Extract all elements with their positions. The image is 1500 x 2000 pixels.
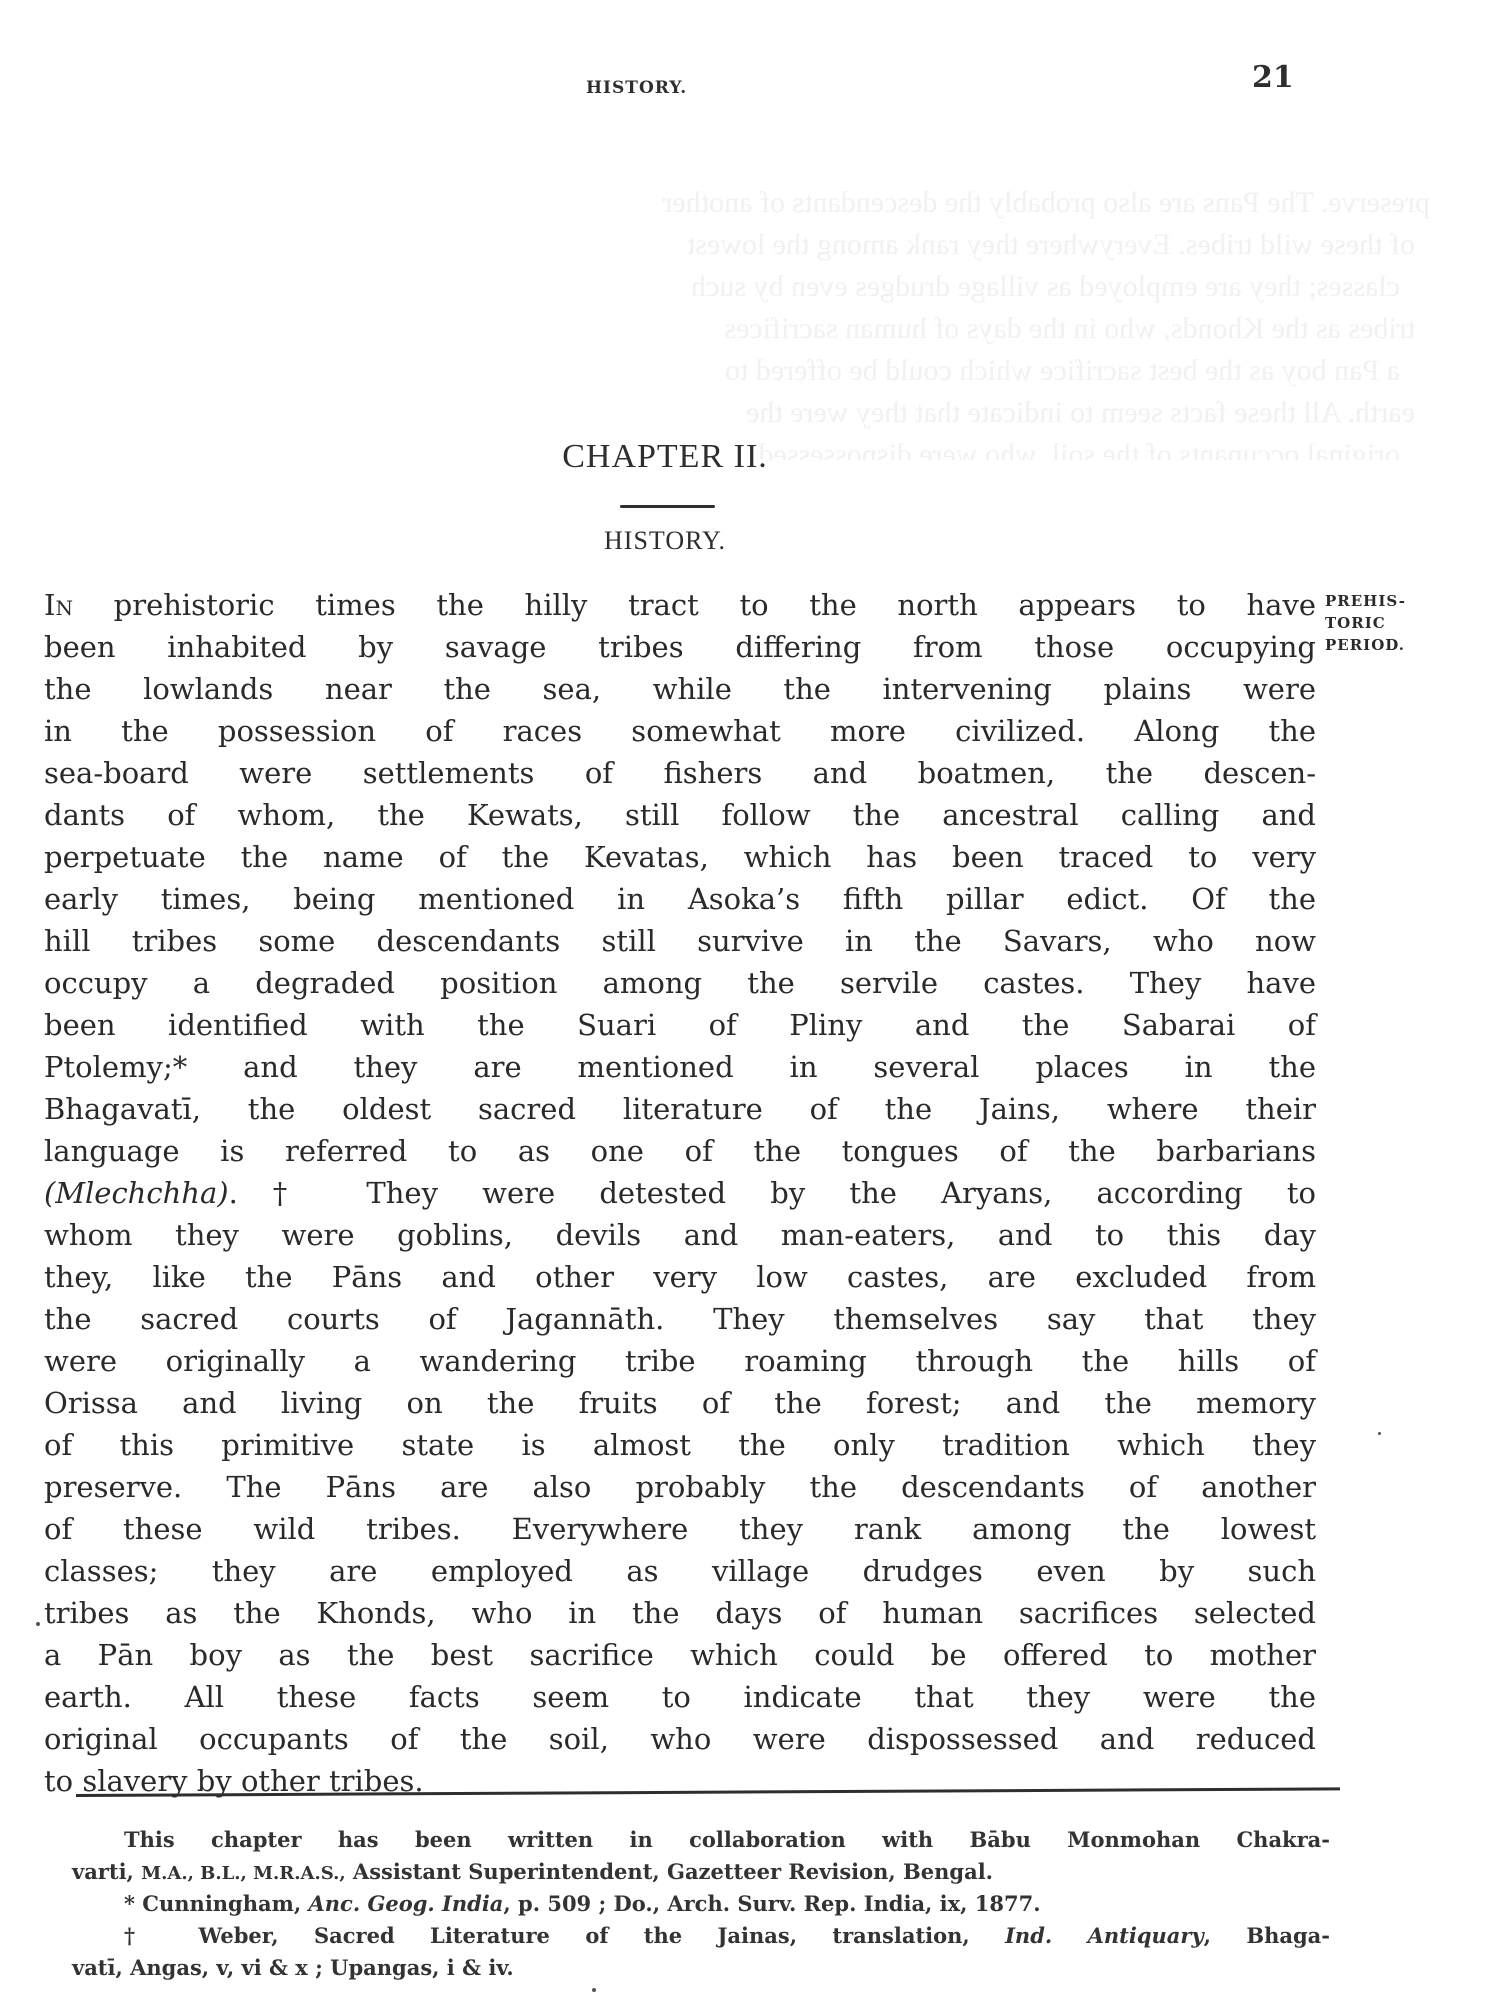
- running-head: HISTORY.: [586, 78, 687, 98]
- chapter-divider: [620, 505, 715, 508]
- text-line: occupy a degraded position among the ser…: [44, 962, 1316, 1004]
- text-line: Orissa and living on the fruits of the f…: [44, 1382, 1316, 1424]
- scan-speck: [36, 1622, 40, 1626]
- text-line: classes; they are employed as village dr…: [44, 1550, 1316, 1592]
- text-line: a Pān boy as the best sacrifice which co…: [44, 1634, 1316, 1676]
- text-line: dants of whom, the Kewats, still follow …: [44, 794, 1316, 836]
- text-line: original occupants of the soil, who were…: [44, 1718, 1316, 1760]
- text-line: been inhabited by savage tribes differin…: [44, 626, 1316, 668]
- text-line: language is referred to as one of the to…: [44, 1130, 1316, 1172]
- footnotes: This chapter has been written in collabo…: [72, 1824, 1330, 1984]
- scan-speck: [1378, 1432, 1381, 1435]
- drop-smallcaps-lead: In: [44, 588, 73, 622]
- footnote-dagger: † Weber, Sacred Literature of the Jainas…: [72, 1920, 1330, 1952]
- text-line: Ptolemy;* and they are mentioned in seve…: [44, 1046, 1316, 1088]
- italic-term: (Mlechchha): [44, 1176, 229, 1210]
- text-line: earth. All these facts seem to indicate …: [44, 1676, 1316, 1718]
- text-line: sea-board were settlements of fishers an…: [44, 752, 1316, 794]
- page-number: 21: [1252, 60, 1294, 95]
- footnote-collaboration-cont: varti, M.A., B.L., M.R.A.S., Assistant S…: [72, 1856, 1330, 1888]
- text-line: they, like the Pāns and other very low c…: [44, 1256, 1316, 1298]
- margin-note-line: PERIOD.: [1325, 634, 1406, 656]
- section-title: HISTORY.: [0, 526, 1330, 556]
- text-line: In prehistoric times the hilly tract to …: [44, 584, 1316, 626]
- text-line: were originally a wandering tribe roamin…: [44, 1340, 1316, 1382]
- footnote-dagger-cont: vatī, Angas, v, vi & x ; Upangas, i & iv…: [72, 1952, 1330, 1984]
- text-line: of this primitive state is almost the on…: [44, 1424, 1316, 1466]
- scan-speck: [592, 1988, 596, 1992]
- text-line: whom they were goblins, devils and man-e…: [44, 1214, 1316, 1256]
- text-line: (Mlechchha).† They were detested by the …: [44, 1172, 1316, 1214]
- margin-note: PREHIS- TORIC PERIOD.: [1325, 590, 1406, 656]
- text-line: preserve. The Pāns are also probably the…: [44, 1466, 1316, 1508]
- text-line: been identified with the Suari of Pliny …: [44, 1004, 1316, 1046]
- margin-note-line: TORIC: [1325, 612, 1406, 634]
- bleed-through-text: preserve. The Pans are also probably the…: [200, 140, 1430, 460]
- footnote-collaboration: This chapter has been written in collabo…: [72, 1824, 1330, 1856]
- text-line: perpetuate the name of the Kevatas, whic…: [44, 836, 1316, 878]
- document-page: preserve. The Pans are also probably the…: [0, 0, 1500, 2000]
- text-line: in the possession of races somewhat more…: [44, 710, 1316, 752]
- text-line: the sacred courts of Jagannāth. They the…: [44, 1298, 1316, 1340]
- text-line: the lowlands near the sea, while the int…: [44, 668, 1316, 710]
- chapter-title: CHAPTER II.: [0, 438, 1330, 476]
- dagger-mark: †: [124, 1923, 163, 1948]
- footnote-star: * Cunningham, Anc. Geog. India, p. 509 ;…: [72, 1888, 1330, 1920]
- text-line: Bhagavatī, the oldest sacred literature …: [44, 1088, 1316, 1130]
- text-line: of these wild tribes. Everywhere they ra…: [44, 1508, 1316, 1550]
- text-line: hill tribes some descendants still survi…: [44, 920, 1316, 962]
- text-line: early times, being mentioned in Asoka’s …: [44, 878, 1316, 920]
- degrees: M.A., B.L., M.R.A.S.,: [141, 1863, 345, 1884]
- body-paragraph: In prehistoric times the hilly tract to …: [44, 584, 1316, 1802]
- text-line: tribes as the Khonds, who in the days of…: [44, 1592, 1316, 1634]
- asterisk-mark: *: [124, 1891, 135, 1916]
- margin-note-line: PREHIS-: [1325, 590, 1406, 612]
